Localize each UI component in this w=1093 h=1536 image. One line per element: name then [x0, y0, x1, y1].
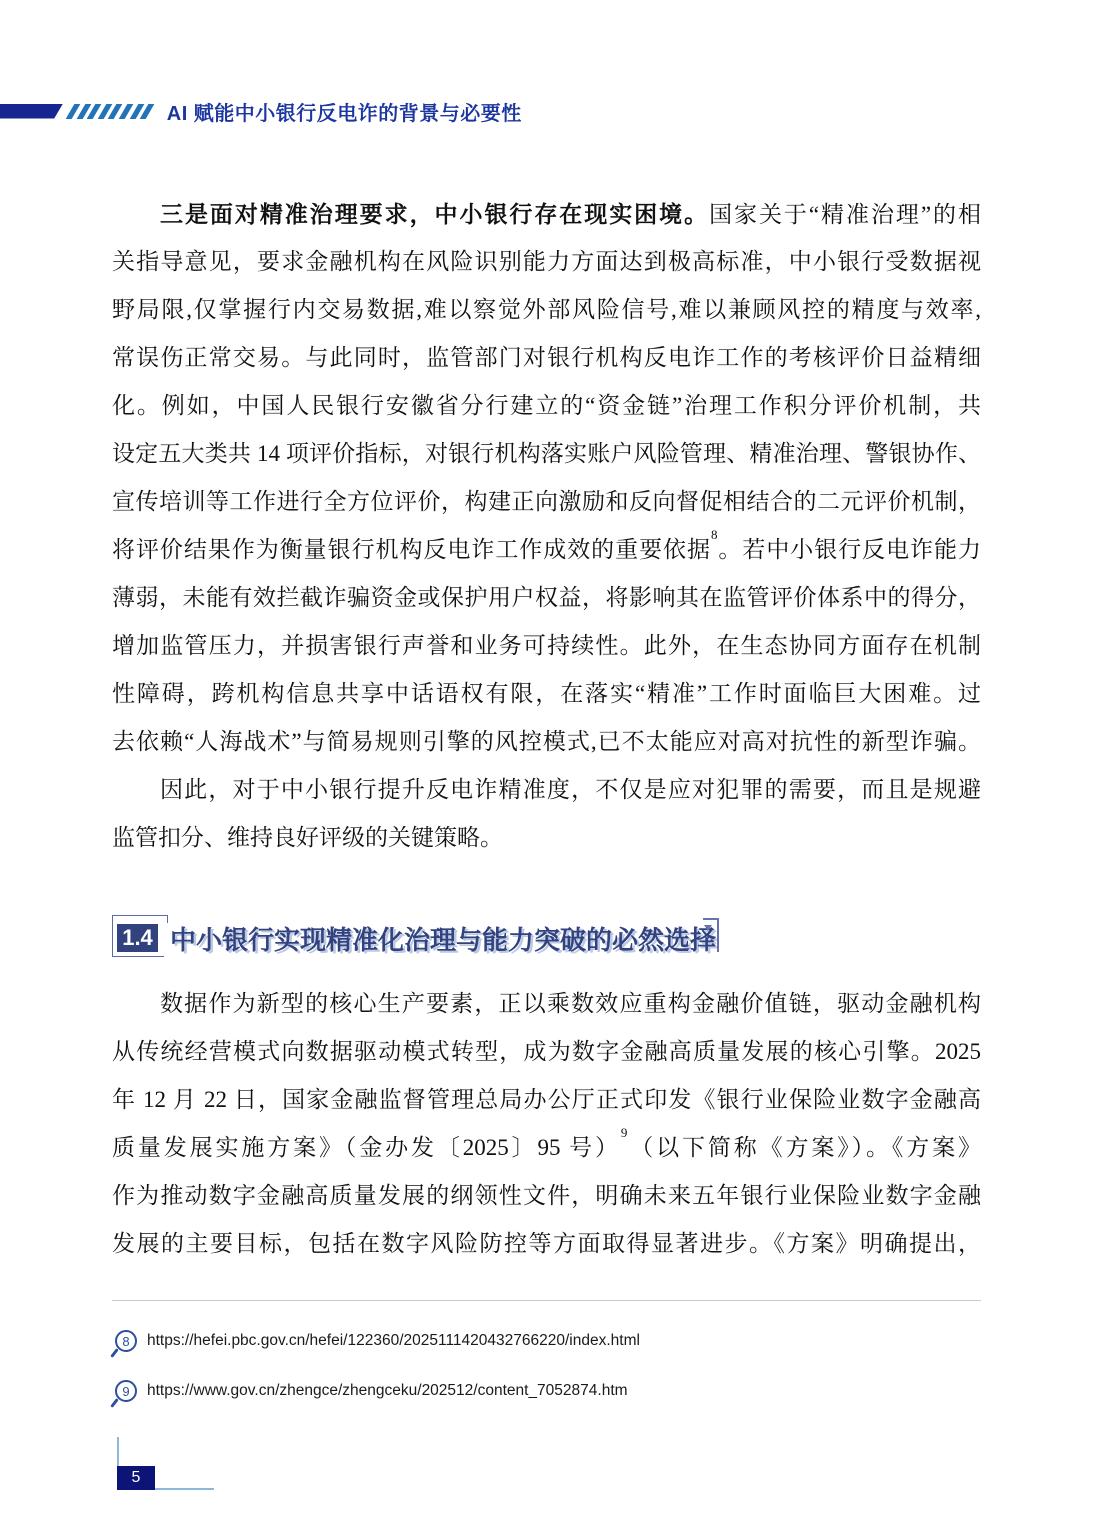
footnote-ref-8: 8 [711, 527, 718, 542]
section-corner-bracket-decoration [703, 918, 719, 952]
bold-lead-text: 三是面对精准治理要求，中小银行存在现实困境。 [160, 201, 709, 227]
paragraph-line: 年 12 月 22 日，国家金融监督管理总局办公厅正式印发《银行业保险业数字金融… [112, 1076, 981, 1124]
paragraph-line: 设定五大类共 14 项评价指标，对银行机构落实账户风险管理、精准治理、警银协作、 [112, 430, 981, 478]
footnote-ref-9: 9 [621, 1125, 628, 1140]
paragraph-line: 监管扣分、维持良好评级的关键策略。 [112, 814, 981, 862]
paragraph-2: 因此，对于中小银行提升反电诈精准度，不仅是应对犯罪的需要，而且是规避 监管扣分、… [112, 766, 981, 862]
paragraph-line: 发展的主要目标，包括在数字风险防控等方面取得显著进步。《方案》明确提出， [112, 1220, 981, 1268]
paragraph-line: 去依赖“人海战术”与简易规则引擎的风控模式,已不太能应对高对抗性的新型诈骗。 [112, 718, 981, 766]
paragraph-line: 性障碍，跨机构信息共享中话语权有限，在落实“精准”工作时面临巨大困难。过 [112, 670, 981, 718]
paragraph-line: 薄弱，未能有效拦截诈骗资金或保护用户权益，将影响其在监管评价体系中的得分， [112, 574, 981, 622]
paragraph-line: 增加监管压力，并损害银行声誉和业务可持续性。此外，在生态协同方面存在机制 [112, 622, 981, 670]
paragraph-line: 关指导意见，要求金融机构在风险识别能力方面达到极高标准，中小银行受数据视 [112, 238, 981, 286]
page-header: AI 赋能中小银行反电诈的背景与必要性 [0, 100, 522, 122]
footnote-magnifier-icon: 9 [115, 1380, 137, 1402]
header-bar-decoration [0, 104, 63, 119]
footnote-separator [112, 1300, 981, 1301]
section-heading-1-4: 1.4 中小银行实现精准化治理与能力突破的必然选择 [112, 910, 981, 960]
document-page: AI 赋能中小银行反电诈的背景与必要性 三是面对精准治理要求，中小银行存在现实困… [0, 0, 1093, 1536]
section-number-badge: 1.4 [117, 924, 158, 952]
chapter-header-title: AI 赋能中小银行反电诈的背景与必要性 [167, 97, 522, 126]
paragraph-line: 野局限,仅掌握行内交易数据,难以察觉外部风险信号,难以兼顾风控的精度与效率, [112, 286, 981, 334]
paragraph-line: 因此，对于中小银行提升反电诈精准度，不仅是应对犯罪的需要，而且是规避 [112, 766, 981, 814]
footnote-url[interactable]: https://hefei.pbc.gov.cn/hefei/122360/20… [147, 1332, 640, 1350]
paragraph-line: 质量发展实施方案》（金办发〔2025〕95 号）9（以下简称《方案》）。《方案》 [112, 1124, 981, 1172]
paragraph-line: 作为推动数字金融高质量发展的纲领性文件，明确未来五年银行业保险业数字金融 [112, 1172, 981, 1220]
paragraph-1: 三是面对精准治理要求，中小银行存在现实困境。国家关于“精准治理”的相 关指导意见… [112, 190, 981, 766]
paragraph-line: 将评价结果作为衡量银行机构反电诈工作成效的重要依据8。若中小银行反电诈能力 [112, 526, 981, 574]
paragraph-line: 常误伤正常交易。与此同时，监管部门对银行机构反电诈工作的考核评价日益精细 [112, 334, 981, 382]
page-number: 5 [117, 1466, 155, 1490]
section-title: 中小银行实现精准化治理与能力突破的必然选择 [170, 920, 716, 957]
paragraph-3: 数据作为新型的核心生产要素，正以乘数效应重构金融价值链，驱动金融机构 从传统经营… [112, 980, 981, 1268]
header-slashes-icon [70, 104, 155, 119]
footnote-url[interactable]: https://www.gov.cn/zhengce/zhengceku/202… [147, 1382, 628, 1400]
paragraph-line: 从传统经营模式向数据驱动模式转型，成为数字金融高质量发展的核心引擎。2025 [112, 1028, 981, 1076]
footnote-8: 8 https://hefei.pbc.gov.cn/hefei/122360/… [115, 1330, 640, 1352]
paragraph-line: 化。例如，中国人民银行安徽省分行建立的“资金链”治理工作积分评价机制，共 [112, 382, 981, 430]
paragraph-line: 三是面对精准治理要求，中小银行存在现实困境。国家关于“精准治理”的相 [112, 190, 981, 238]
footnote-magnifier-icon: 8 [115, 1330, 137, 1352]
paragraph-line: 数据作为新型的核心生产要素，正以乘数效应重构金融价值链，驱动金融机构 [112, 980, 981, 1028]
paragraph-line: 宣传培训等工作进行全方位评价，构建正向激励和反向督促相结合的二元评价机制， [112, 478, 981, 526]
footnote-9: 9 https://www.gov.cn/zhengce/zhengceku/2… [115, 1380, 628, 1402]
